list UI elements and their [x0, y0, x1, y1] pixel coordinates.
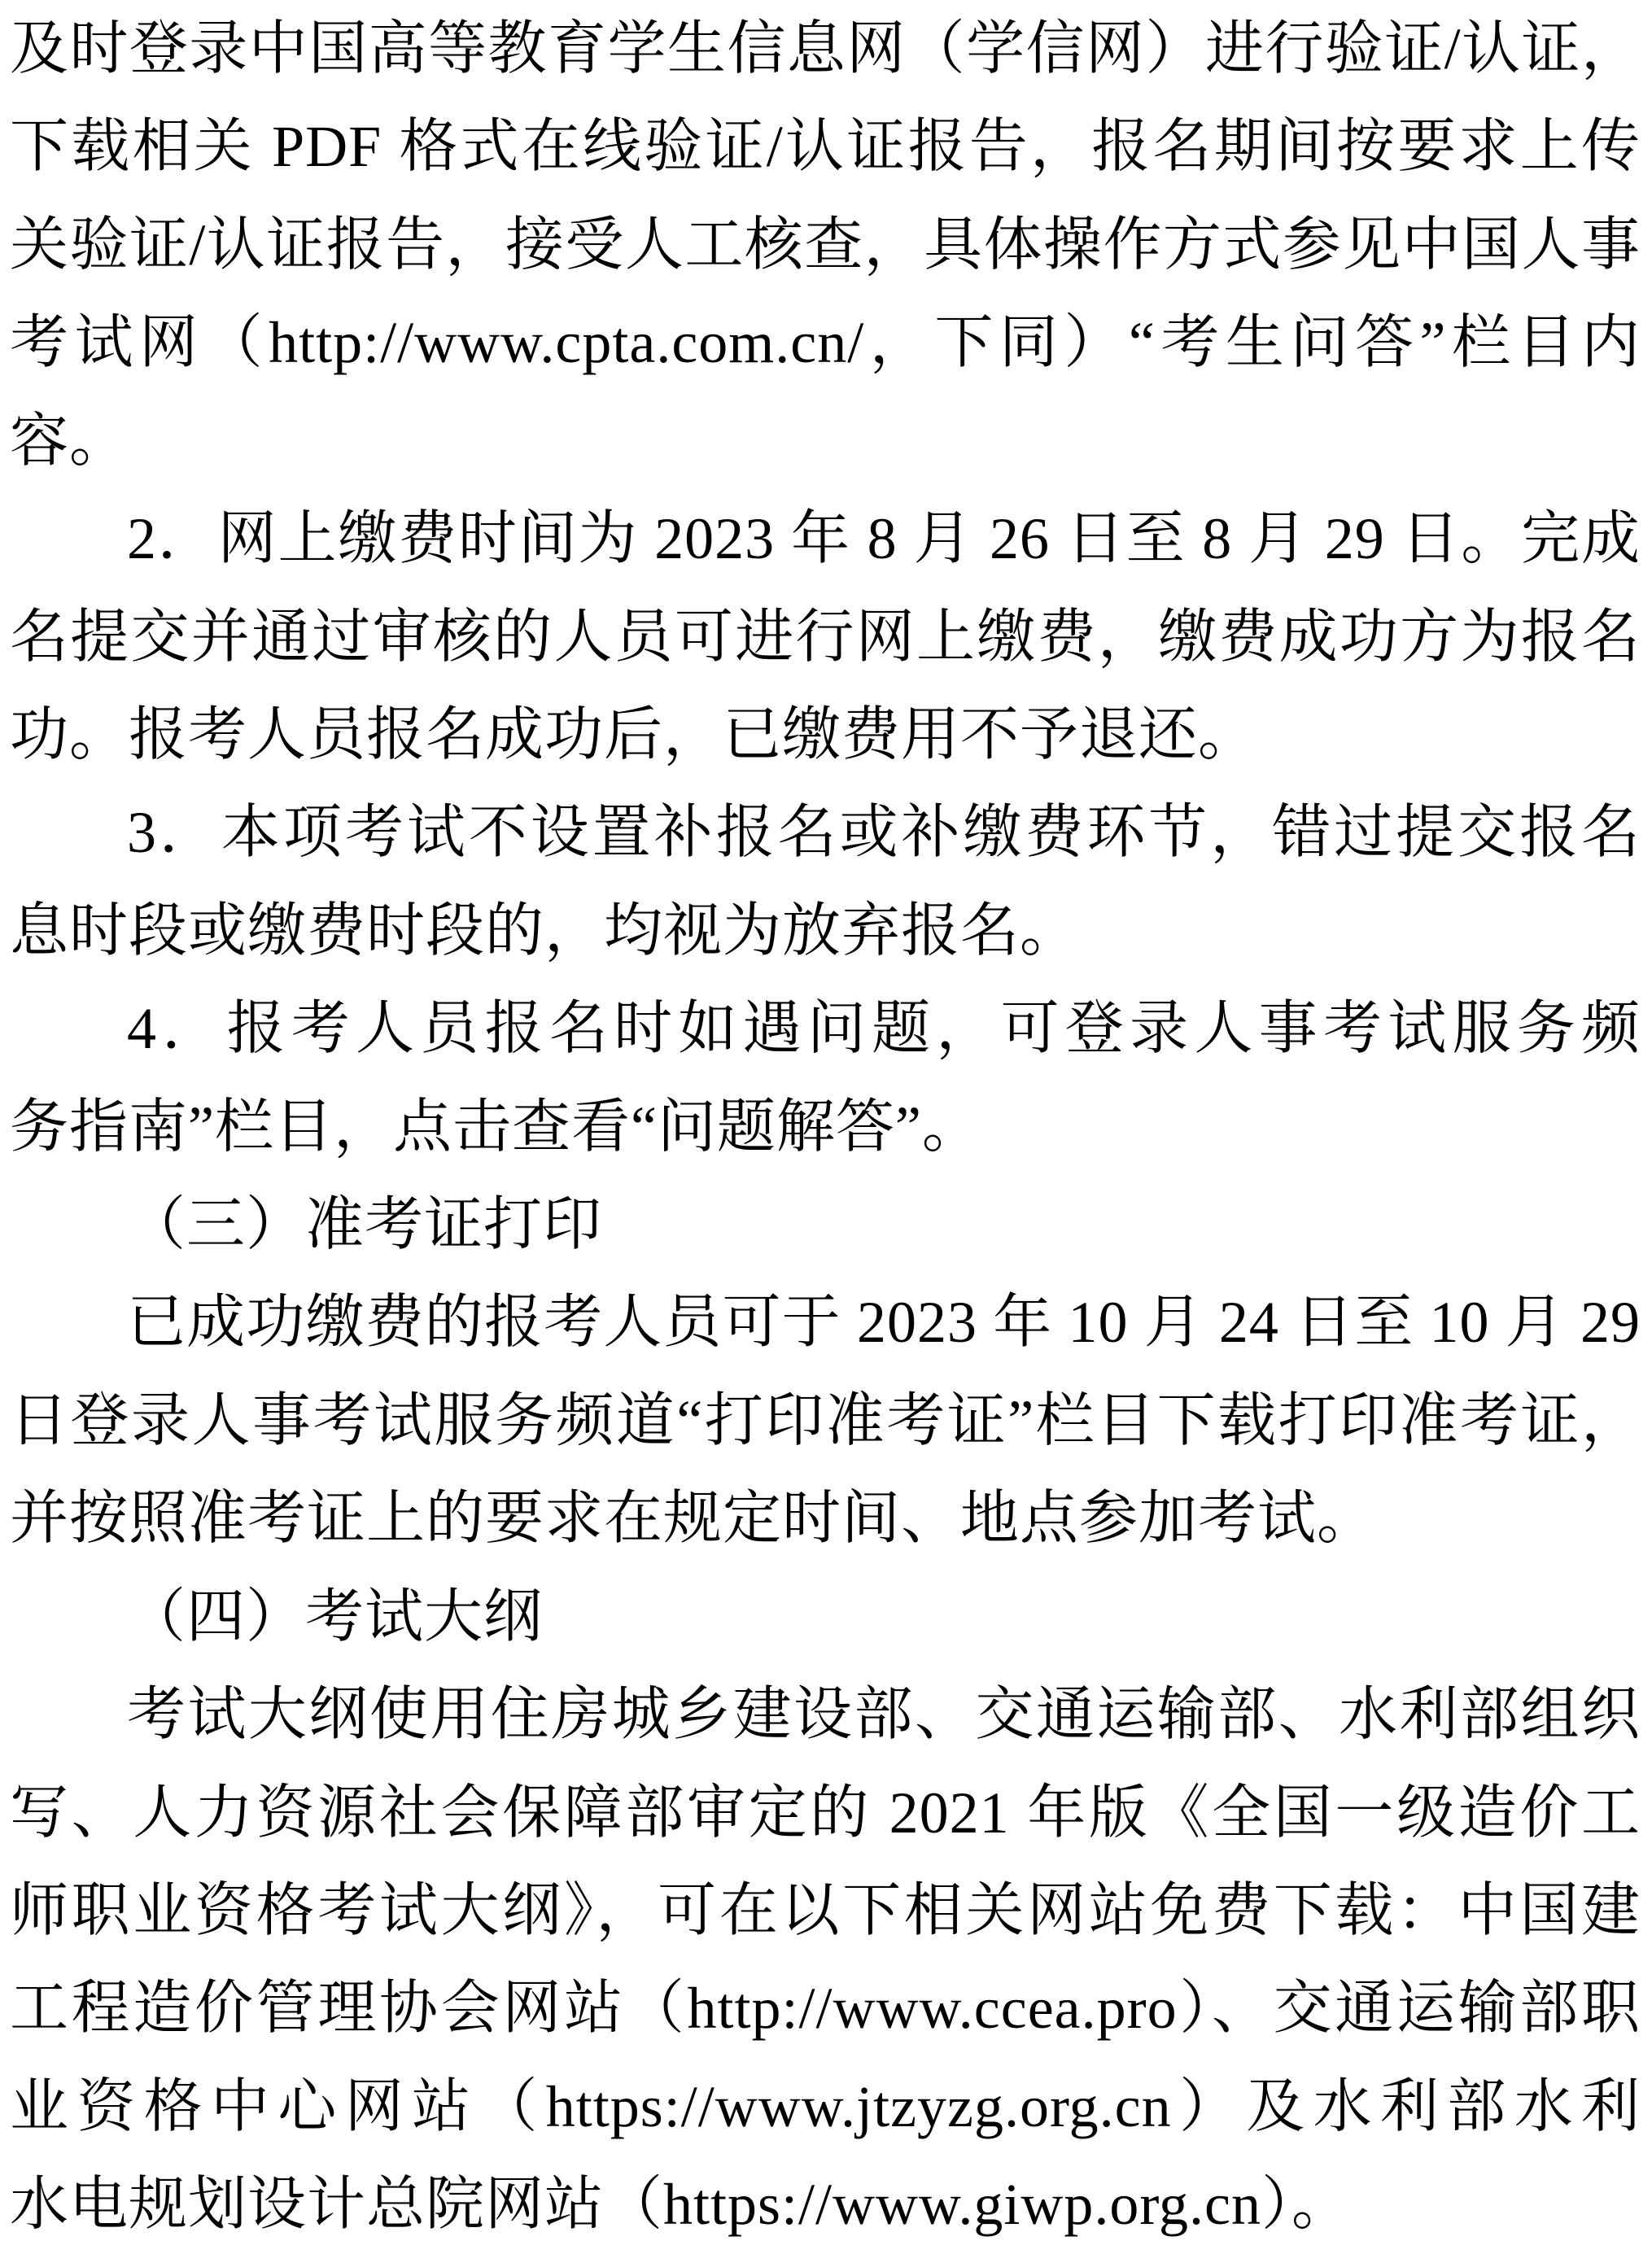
text-line: 4．报考人员报名时如遇问题，可登录人事考试服务频道“服	[0, 980, 1652, 1077]
text-line: 师职业资格考试大纲》，可在以下相关网站免费下载：中国建设	[0, 1862, 1652, 1959]
text-line: 2．网上缴费时间为 2023 年 8 月 26 日至 8 月 29 日。完成报	[0, 490, 1652, 588]
text-line: 已成功缴费的报考人员可于 2023 年 10 月 24 日至 10 月 29	[0, 1273, 1652, 1371]
document-page: 及时登录中国高等教育学生信息网（学信网）进行验证/认证，下载相关 PDF 格式在…	[0, 0, 1652, 2254]
text-line: （四）考试大纲	[0, 1568, 1652, 1666]
text-line: 3．本项考试不设置补报名或补缴费环节，错过提交报名信	[0, 784, 1652, 881]
text-line: （三）准考证打印	[0, 1176, 1652, 1273]
text-line: 业资格中心网站（https://www.jtzyzg.org.cn）及水利部水利	[0, 2058, 1652, 2156]
text-line: 工程造价管理协会网站（http://www.ccea.pro）、交通运输部职	[0, 1959, 1652, 2057]
text-line: 容。	[0, 392, 1652, 490]
text-line: 考试大纲使用住房城乡建设部、交通运输部、水利部组织编	[0, 1666, 1652, 1763]
text-line: 下载相关 PDF 格式在线验证/认证报告，报名期间按要求上传相	[0, 98, 1652, 195]
text-line: 日登录人事考试服务频道“打印准考证”栏目下载打印准考证，	[0, 1372, 1652, 1470]
text-line: 及时登录中国高等教育学生信息网（学信网）进行验证/认证，	[0, 0, 1652, 98]
text-line: 息时段或缴费时段的，均视为放弃报名。	[0, 882, 1652, 980]
text-line: 写、人力资源社会保障部审定的 2021 年版《全国一级造价工程	[0, 1764, 1652, 1862]
text-line: 名提交并通过审核的人员可进行网上缴费，缴费成功方为报名成	[0, 588, 1652, 686]
text-line: 并按照准考证上的要求在规定时间、地点参加考试。	[0, 1470, 1652, 1567]
text-line: 水电规划设计总院网站（https://www.giwp.org.cn）。	[0, 2156, 1652, 2253]
text-line: 务指南”栏目，点击查看“问题解答”。	[0, 1078, 1652, 1176]
text-line: 关验证/认证报告，接受人工核查，具体操作方式参见中国人事	[0, 196, 1652, 294]
text-line: 考试网（http://www.cpta.com.cn/，下同）“考生问答”栏目内	[0, 294, 1652, 391]
text-line: 功。报考人员报名成功后，已缴费用不予退还。	[0, 686, 1652, 784]
